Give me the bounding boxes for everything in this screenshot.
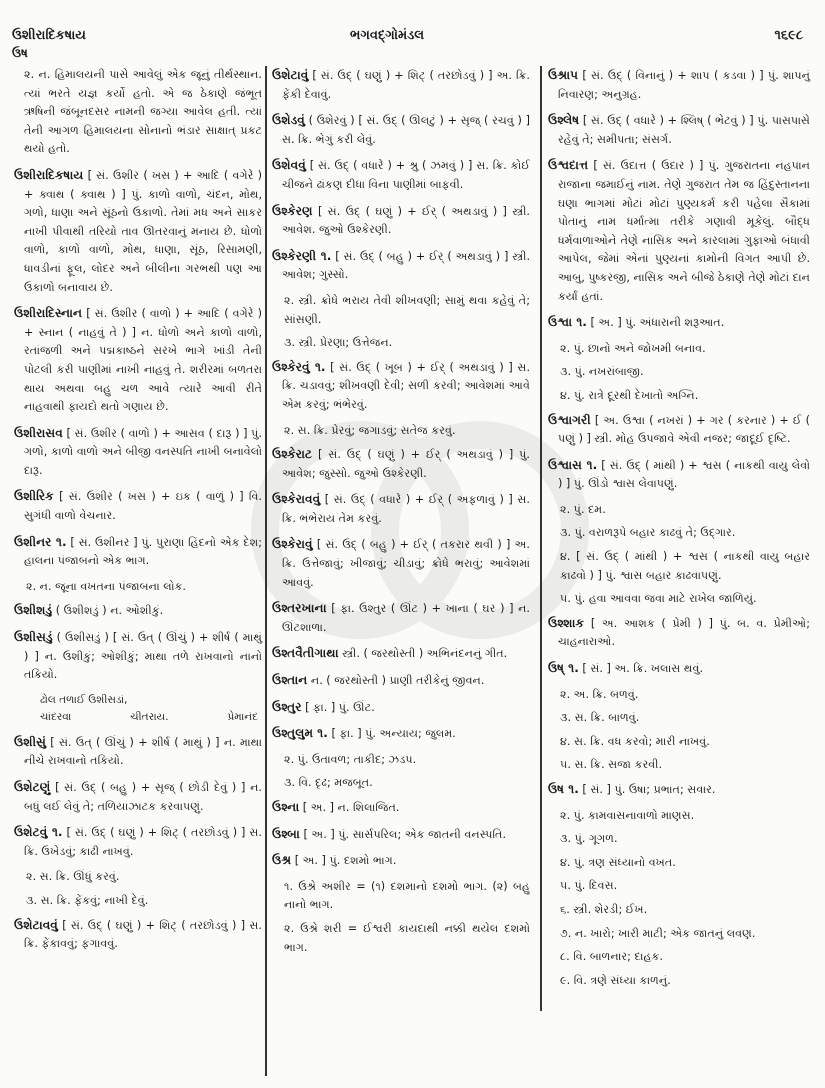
dictionary-entry: ઉશેટવું ૧. [ સં. ઉદ્ ( ઘણું ) + શિટ્ ( ત… [14,823,262,861]
dictionary-entry: ઉશીરિક [ સં. ઉશીર ( ખસ ) + ઇક ( વાળું ) … [14,487,262,525]
headword: ઉશ્કેરાવવું [272,492,320,506]
headword: ઉશેટણું [14,780,50,794]
column-middle: ઉશેટાવું [ સં. ઉદ્ ( ઘણું ) + શિટ્ ( તરછ… [272,66,530,962]
dictionary-entry: ઉશ્તરખાના [ ફા. ઉશ્તુર ( ઊંટ ) + ખાના ( … [272,599,530,637]
sense-definition: ૫. સ. ક્રિ. સજા કરવી. [548,756,810,775]
dictionary-entry: ઉષ્ ૧. [ સં. ] અ. ક્રિ. ખલાસ થવું. [548,659,810,679]
sense-definition: ૧. ઉશ્રે અશીર = (૧) દશમાનો દશમો ભાગ. (૨)… [272,878,530,915]
headword: ઉશેવવું [272,158,306,172]
definition-text: [ સં. ઉદ્ ( ઘણું ) + શિટ્ ( તરછોડવું ) ]… [282,69,530,101]
definition-text: [ સં. ઉદ્ ( વધારે ) + ઈર્ ( અફળાવું ) ] … [282,493,530,525]
sense-definition: ૩. સ. ક્રિ. ફેંકવું; નાખી દેવું. [14,892,262,911]
dictionary-entry: ઉશ્કેરાવવું [ સં. ઉદ્ ( વધારે ) + ઈર્ ( … [272,490,530,528]
dictionary-entry: ઉશ્ર [ અ. ] પું. દશમો ભાગ. [272,851,530,871]
sense-definition: ૪. સ. ક્રિ. વધ કરવો; મારી નાખવું. [548,733,810,752]
sense-definition: ૨. પું. કામવાસનાવાળો માણસ. [548,807,810,826]
definition-text: સ્ત્રી. ( જરથોસ્તી ) અભિનંદનનું ગીત. [339,647,508,660]
dictionary-entry: ઉશ્શાક [ અ. આશક ( પ્રેમી ) ] પું. બ. વ. … [548,614,810,652]
definition-text: [ સં. ઉદ્ ( વધારે ) + શ્રુ ( ઝમવું ) ] સ… [282,159,530,191]
sense-definition: ૬. સ્ત્રી. શેરડી; ઈખ. [548,901,810,920]
dictionary-entry: ઉશેટાવવું [ સં. ઉદ્ ( ઘણું ) + શિટ્ ( તર… [14,916,262,954]
definition-text: ( ઉશીશડું ) ન. ઓશીકું. [52,604,163,617]
definition-text: [ ફા. ] પું. અન્યાય; જુલમ. [328,727,456,740]
dictionary-entry: ઉશેટાવું [ સં. ઉદ્ ( ઘણું ) + શિટ્ ( તરછ… [272,66,530,104]
definition-text: ૨. ન. હિમાલયની પાસે આવેલું એક જૂનું તીર્… [24,68,262,155]
definition-text: ( ઉશેરવું ) [ સં. ઉદ્ ( ઊલટું ) + સૃજ્ (… [282,114,530,146]
dictionary-entry: ઉશ્વાગરી [ અ. ઉશ્વા ( નખરાં ) + ગર ( કરન… [548,411,810,449]
definition-text: ન. ( જરથોસ્તી ) પ્રાણી તરીકેનું જીવન. [307,674,484,687]
column-divider [265,66,267,1076]
headword: ઉષ્ ૧. [548,661,579,675]
dictionary-entry: ઉશ્કેરણ [ સં. ઉદ્ ( ઘણું ) + ઈર્ ( અથડાવ… [272,202,530,240]
definition-text: [ સં. ઉત્ ( ઊંચું ) + શીર્ષ ( માથું ) ] … [24,736,262,768]
dictionary-entry: ઉશ્કેરણી ૧. [ સં. ઉદ્ ( બહુ ) + ઈર્ ( અથ… [272,247,530,285]
definition-text: [ સં. ઉદ્ ( વધારે ) + શ્લિષ્ ( ભેટવું ) … [558,114,810,146]
headword: ઉશ્કેરાટ [272,447,312,461]
dictionary-entry: ઉશેડવું ( ઉશેરવું ) [ સં. ઉદ્ ( ઊલટું ) … [272,111,530,149]
sense-definition: ૩. પું. નખરાંબાજી. [548,363,810,382]
dictionary-entry: ઉશ્કેરાવું [ સં. ઉદ્ ( બહુ ) + ઈર્ ( તકર… [272,535,530,592]
headword: ઉશ્વા ૧. [548,315,587,329]
definition-text: [ અ. ] પું. દશમો ભાગ. [291,854,396,867]
headword: ઉશ્ર [272,853,291,867]
sense-definition: ૨. પું. છાનો અને જોખમી બનાવ. [548,340,810,359]
headword: ઉશ્તવૈતીગાથા [272,646,339,660]
definition-text: [ અ. આશક ( પ્રેમી ) ] પું. બ. વ. પ્રેમીઓ… [558,617,810,649]
headword: ઉશેડવું [272,113,305,127]
dictionary-entry: ઉશ્વદાત્ત [ સં. ઉદાત્ત ( ઉદાર ) ] પું. ગ… [548,156,810,306]
sense-definition: ૨. સ. ક્રિ. ઊંધું કરવું. [14,868,262,887]
dictionary-entry: ઉશીરાસવ [ સં. ઉશીર ( વાળો ) + આસવ ( દારૂ… [14,424,262,481]
definition-text: [ સં. ઉશીર ( વાળો ) + આદિ ( વગેરે ) + સ્… [24,307,262,413]
dictionary-entry: ઉશ્તવૈતીગાથા સ્ત્રી. ( જરથોસ્તી ) અભિનંદ… [272,644,530,664]
dictionary-entry: ઉશીસું [ સં. ઉત્ ( ઊંચું ) + શીર્ષ ( માથ… [14,733,262,771]
definition-text: [ સં. ઉદ્ ( વિનાનું ) + શાપ ( કડવા ) ] પ… [558,69,810,101]
headword: ઉશીરિક [14,489,54,503]
dictionary-entry: ઉશ્રાપ [ સં. ઉદ્ ( વિનાનું ) + શાપ ( કડવ… [548,66,810,104]
headword: ઉશીરાસવ [14,426,63,440]
headword: ઉષ ૧. [548,782,579,796]
definition-text: [ અ. ] ન. શિલાજિત. [299,801,399,814]
headword: ઉશ્તુર [272,700,302,714]
dictionary-entry: ઉશ્બા [ અ. ] પું. સાર્સપરિલ; એક જાતની વન… [272,825,530,845]
headword: ઉશ્ના [272,800,299,814]
guideword-first: ઉશીરાદિકષાય [12,28,86,43]
quote-line: ચીતરાય. [130,709,168,726]
dictionary-entry: ઉશ્કેરવું ૧. [ સં. ઉદ્ ( ખૂબ ) + ઈર્ ( અ… [272,358,530,415]
headword: ઉશ્તુલુમ ૧. [272,726,328,740]
definition-text: [ સં. ઉશીર ( ખસ ) + આદિ ( વગેરે ) + ક્વા… [24,169,262,294]
headword: ઉશ્તરખાના [272,601,327,615]
headword: ઉશીસું [14,735,46,749]
dictionary-entry: ઉશેવવું [ સં. ઉદ્ ( વધારે ) + શ્રુ ( ઝમવ… [272,156,530,194]
page-header: ઉશીરાદિકષાય ઉષ ભગવદ્ગોમંડલ ૧૬૯૮ [0,0,825,60]
headword: ઉશીરાદિકષાય [14,168,83,182]
dictionary-entry: ઉશ્વા ૧. [ અ. ] પું. અંધારાની શરૂઆત. [548,313,810,333]
dictionary-entry: ઉષ ૧. [ સં. ] પું. ઉષા; પ્રભાત; સવાર. [548,780,810,800]
dictionary-entry: ઉશ્તુર [ ફા. ] પું. ઊંટ. [272,698,530,718]
quote-line: ચાંદરવા [40,709,71,726]
dictionary-entry: ઉશીરાદિકષાય [ સં. ઉશીર ( ખસ ) + આદિ ( વગ… [14,166,262,297]
headword: ઉશ્રાપ [548,68,578,82]
headword: ઉશ્વદાત્ત [548,158,588,172]
headword: ઉશ્તાન [272,673,307,687]
definition-text: ( ઉશીસડું ) [ સં. ઉત્ ( ઊંચું ) + શીર્ષ … [24,631,262,681]
headword: ઉશેટાવવું [14,918,58,932]
sense-definition: ૨. સ્ત્રી. ક્રોધે ભરાય તેવી શીખવણી; સામુ… [272,292,530,329]
headword: ઉશીરાદિસ્નાન [14,306,82,320]
sense-definition: ૩. પું. વરાળરૂપે બહાર કાઢવું તે; ઉદ્ગાર. [548,524,810,543]
sense-definition: ૫. પું. હવા આવવા જવા માટે રાખેલ જાળિયું. [548,590,810,609]
headword: ઉશ્લેષ [548,113,579,127]
definition-text: [ સં. ઉદ્ ( ઘણું ) + ઈર્ ( અથડાવું ) ] સ… [282,205,530,237]
definition-text: [ સં. ઉદ્ ( બહુ ) + ઈર્ ( તકરાર થવી ) ] … [282,538,530,588]
sense-definition: ૨. સ. ક્રિ. પ્રેરવું; જગાડવું; સતેજ કરવુ… [272,422,530,441]
sense-definition: ૭. ન. ખારો; ખારી માટી; એક જાતનું લવણ. [548,925,810,944]
sense-definition: ૩. સ્ત્રી. પ્રેરણા; ઉત્તેજન. [272,334,530,353]
dictionary-entry: ઉશીનર ૧. [ સં. ઉશીનર ] પું. પુરાણા હિંદન… [14,533,262,571]
definition-text: [ સં. ઉદ્ ( બહુ ) + સૃજ્ ( છોડી દેવું ) … [24,781,262,813]
sense-definition: ૪. [ સં. ઉદ્ ( માંથી ) + શ્વસ ( નાકથી વા… [548,548,810,585]
dictionary-entry: ઉશ્લેષ [ સં. ઉદ્ ( વધારે ) + શ્લિષ્ ( ભે… [548,111,810,149]
headword: ઉશ્કેરાવું [272,537,313,551]
definition-text: [ સં. ઉદ્ ( ઘણું ) + શિટ્ ( તરછોડવું ) ]… [24,919,262,951]
column-right: ઉશ્રાપ [ સં. ઉદ્ ( વિનાનું ) + શાપ ( કડવ… [548,66,810,995]
definition-text: [ અ. ] પું. સાર્સપરિલ; એક જાતની વનસ્પતિ. [300,828,506,841]
dictionary-entry: ઉશ્વાસ ૧. [ સં. ઉદ્ ( માંથી ) + શ્વસ ( ન… [548,456,810,494]
headword: ઉશ્વાસ ૧. [548,458,597,472]
headword: ઉશેટવું ૧. [14,825,63,839]
definition-text: [ અ. ] પું. અંધારાની શરૂઆત. [587,316,724,329]
definition-text: [ સં. ] અ. ક્રિ. ખલાસ થવું. [579,662,703,675]
sense-definition: ૩. પું. ગૂગળ. [548,830,810,849]
sense-definition: ૪. પું. રાત્રે દૂરથી દેખાતો અગ્નિ. [548,387,810,406]
headword: ઉશ્કેરણી ૧. [272,249,331,263]
sense-definition: ૨. ઉશ્રે શરી = ઈશ્વરી કાયદાથી નક્કી થયેલ… [272,920,530,957]
book-title: ભગવદ્ગોમંડલ [350,28,424,43]
definition-text: [ સં. ] પું. ઉષા; પ્રભાત; સવાર. [579,783,716,796]
sense-definition: ૩. વિ. દૃઢ; મજબૂત. [272,774,530,793]
headword: ઉશ્વાગરી [548,413,591,427]
headword: ઉશીશડું [14,603,52,617]
quote-author: પ્રેમાનંદ [227,709,258,726]
dictionary-entry: ઉશેટણું [ સં. ઉદ્ ( બહુ ) + સૃજ્ ( છોડી … [14,778,262,816]
headword: ઉશીનર ૧. [14,535,67,549]
definition-text: [ સં. ઉદ્ ( ઘણું ) + ઈર્ ( અથડાવું ) ] પ… [282,448,530,480]
sense-definition: ૨. અ. ક્રિ. બળવું. [548,686,810,705]
definition-text: [ સં. ઉદાત્ત ( ઉદાર ) ] પું. ગુજરાતના નહ… [558,159,810,302]
sense-definition: ૯. વિ. ત્રણે સંધ્યા કાળનું. [548,972,810,991]
dictionary-entry: ઉશીશડું ( ઉશીશડું ) ન. ઓશીકું. [14,601,262,621]
citation-quote: ઢોલ તળાઈ ઉશીસડાં,ચાંદરવાચીતરાય.પ્રેમાનંદ [14,692,262,726]
dictionary-entry: ૨. ન. હિમાલયની પાસે આવેલું એક જૂનું તીર્… [14,66,262,159]
sense-definition: ૮. વિ. બાળનાર; દાહક. [548,948,810,967]
quote-line: ઢોલ તળાઈ ઉશીસડાં, [40,692,262,709]
page-number: ૧૬૯૮ [775,28,804,43]
dictionary-entry: ઉશ્તુલુમ ૧. [ ફા. ] પું. અન્યાય; જુલમ. [272,724,530,744]
definition-text: [ સં. ઉશીર ( ખસ ) + ઇક ( વાળું ) ] વિ. સ… [24,490,262,522]
dictionary-entry: ઉશીસડું ( ઉશીસડું ) [ સં. ઉત્ ( ઊંચું ) … [14,628,262,685]
definition-text: [ ફા. ] પું. ઊંટ. [302,701,375,714]
definition-text: [ અ. ઉશ્વા ( નખરાં ) + ગર ( કરનાર ) + ઈ … [558,414,810,446]
guideword-last: ઉષ [12,46,28,61]
sense-definition: ૩. સ. ક્રિ. બાળવું. [548,709,810,728]
sense-definition: ૨. પું. ઉતાવળ; તાકીદ; ઝડપ. [272,751,530,770]
sense-definition: ૪. પું. ત્રણ સંધ્યાનો વખત. [548,854,810,873]
headword: ઉશ્કેરવું ૧. [272,360,326,374]
column-left: ૨. ન. હિમાલયની પાસે આવેલું એક જૂનું તીર્… [14,66,262,961]
column-divider [540,66,542,1011]
headword: ઉશીસડું [14,630,53,644]
dictionary-entry: ઉશીરાદિસ્નાન [ સં. ઉશીર ( વાળો ) + આદિ (… [14,304,262,417]
headword: ઉશ્શાક [548,616,584,630]
dictionary-entry: ઉશ્ના [ અ. ] ન. શિલાજિત. [272,798,530,818]
sense-definition: ૫. પું. દિવસ. [548,877,810,896]
sense-definition: ૨. પું. દમ. [548,501,810,520]
headword: ઉશ્કેરણ [272,204,313,218]
headword: ઉશ્બા [272,827,300,841]
dictionary-entry: ઉશ્તાન ન. ( જરથોસ્તી ) પ્રાણી તરીકેનું જ… [272,671,530,691]
dictionary-entry: ઉશ્કેરાટ [ સં. ઉદ્ ( ઘણું ) + ઈર્ ( અથડા… [272,445,530,483]
headword: ઉશેટાવું [272,68,308,82]
sense-definition: ૨. ન. જૂના વખતના પંજાબના લોક. [14,578,262,597]
